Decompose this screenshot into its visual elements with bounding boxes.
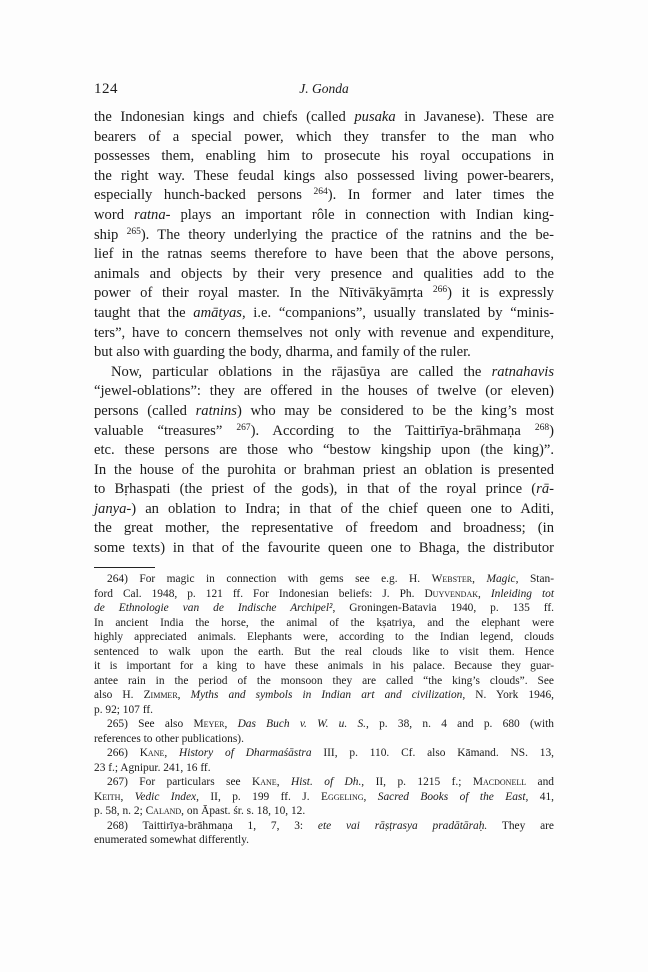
text-segment: Keith (94, 791, 120, 803)
text-line: especially hunch-backed persons 264). In… (94, 186, 554, 206)
text-segment: but also with guarding the body, dharma,… (94, 344, 471, 360)
footnote-line: 268) Taittirīya-brāhmaṇa 1, 7, 3: ete va… (94, 819, 554, 834)
text-segment: rā- (536, 481, 554, 497)
footnote-reference: 264 (314, 187, 328, 197)
text-segment: animals and objects by their very presen… (94, 266, 554, 282)
text-segment: sentenced to walk upon the earth. But th… (94, 646, 554, 658)
text-segment: possesses them, enabling him to prosecut… (94, 148, 554, 164)
text-line: animals and objects by their very presen… (94, 265, 554, 285)
footnote-line: de Ethnologie van de Indische Archipel²,… (94, 601, 554, 616)
text-segment: Zimmer (144, 689, 178, 701)
text-segment: p. 38, n. 4 and p. 680 (with (369, 718, 554, 730)
footnote-reference: 265 (127, 227, 141, 237)
text-segment: ratnahavis (492, 364, 554, 380)
text-segment: 268) Taittirīya-brāhmaṇa 1, 7, 3: (107, 820, 318, 832)
text-segment: highly appreciated animals. Elephants we… (94, 631, 554, 643)
text-segment: , on Āpast. śr. s. 18, 10, 12. (181, 805, 305, 817)
text-line: word ratna- plays an important rôle in c… (94, 206, 554, 226)
text-segment: History of Dharmaśāstra (179, 747, 311, 759)
footnote-line: 265) See also Meyer, Das Buch v. W. u. S… (94, 717, 554, 732)
text-line: some texts) in that of the favourite que… (94, 539, 554, 559)
text-segment: lief in the ratnas seems therefore to ha… (94, 246, 554, 262)
footnote-reference: 267 (236, 423, 250, 433)
text-segment: , (164, 747, 179, 759)
text-line: ters”, have to concern themselves not on… (94, 324, 554, 344)
footnote-line: it is important for a king to have these… (94, 659, 554, 674)
text-segment: ) it is expressly (447, 285, 554, 301)
footnote-line: 266) Kane, History of Dharmaśāstra III, … (94, 746, 554, 761)
text-segment: ford Cal. 1948, p. 121 ff. For Indonesia… (94, 588, 424, 600)
text-segment: In the house of the purohita or brahman … (94, 462, 554, 478)
text-segment: it is important for a king to have these… (94, 660, 554, 672)
text-segment: p. 58, n. 2; (94, 805, 146, 817)
text-segment: ratnins (196, 403, 237, 419)
text-segment: Now, particular oblations in the rājasūy… (111, 364, 492, 380)
text-segment: II, p. 199 ff. J. (199, 791, 321, 803)
footnote-line: Keith, Vedic Index, II, p. 199 ff. J. Eg… (94, 790, 554, 805)
footnote-line: p. 58, n. 2; Caland, on Āpast. śr. s. 18… (94, 804, 554, 819)
text-segment: word (94, 207, 134, 223)
footnote-line: highly appreciated animals. Elephants we… (94, 630, 554, 645)
text-segment: Kane (252, 776, 277, 788)
text-line: Now, particular oblations in the rājasūy… (94, 363, 554, 383)
text-segment: 264) For magic in connection with gems s… (107, 573, 432, 585)
text-segment: Caland (146, 805, 182, 817)
footnote-line: 264) For magic in connection with gems s… (94, 572, 554, 587)
text-segment: ship (94, 227, 127, 243)
text-segment: , (120, 791, 134, 803)
main-text: the Indonesian kings and chiefs (called … (94, 108, 554, 559)
text-segment: ete vai rāṣṭrasya pradātāraḥ. (318, 820, 487, 832)
text-segment: Hist. of Dh., (291, 776, 364, 788)
text-segment: 266) (107, 747, 140, 759)
text-segment: antee rain in the period of the monsoon … (94, 675, 554, 687)
text-segment: Stan- (518, 573, 554, 585)
footnote-separator (94, 567, 155, 568)
text-segment: Das Buch v. W. u. S., (238, 718, 369, 730)
footnote-line: also H. Zimmer, Myths and symbols in Ind… (94, 688, 554, 703)
text-segment: Inleiding tot (491, 588, 554, 600)
text-segment: Myths and symbols in Indian art and civi… (191, 689, 466, 701)
text-segment: janya- (94, 501, 131, 517)
text-line: the Indonesian kings and chiefs (called … (94, 108, 554, 128)
text-segment: de Ethnologie van de Indische Archipel² (94, 602, 332, 614)
text-segment: 265) See also (107, 718, 193, 730)
text-line: to Bṛhaspati (the priest of the gods), i… (94, 480, 554, 500)
text-segment: 267) For particulars see (107, 776, 252, 788)
text-line: janya-) an oblation to Indra; in that of… (94, 500, 554, 520)
text-segment: ters”, have to concern themselves not on… (94, 325, 554, 341)
text-segment: references to other publications). (94, 733, 244, 745)
text-segment: , (472, 573, 486, 585)
footnote-reference: 268 (535, 423, 549, 433)
running-title-author: J. Gonda (94, 81, 554, 97)
text-segment: the Indonesian kings and chiefs (called (94, 109, 354, 125)
footnotes: 264) For magic in connection with gems s… (94, 572, 554, 848)
text-segment: 23 f.; Agnipur. 241, 16 ff. (94, 762, 211, 774)
text-segment: valuable “treasures” (94, 423, 236, 439)
text-segment: Webster (432, 573, 473, 585)
text-segment: , (224, 718, 237, 730)
text-segment: especially hunch-backed persons (94, 187, 314, 203)
text-segment: the great mother, the representative of … (94, 520, 554, 536)
text-segment: ). The theory underlying the practice of… (141, 227, 554, 243)
text-segment: , (478, 588, 491, 600)
text-segment: Duyvendak (424, 588, 478, 600)
text-segment: to Bṛhaspati (the priest of the gods), i… (94, 481, 536, 497)
text-segment: Kane (140, 747, 165, 759)
text-line: persons (called ratnins) who may be cons… (94, 402, 554, 422)
text-segment: enumerated somewhat differently. (94, 834, 249, 846)
footnote-line: antee rain in the period of the monsoon … (94, 674, 554, 689)
text-segment: power of their royal master. In the Nīti… (94, 285, 433, 301)
text-line: bearers of a special power, which they t… (94, 128, 554, 148)
text-segment: pusaka (354, 109, 395, 125)
text-segment: “jewel-oblations”: they are offered in t… (94, 383, 554, 399)
text-segment: etc. these persons are those who “bestow… (94, 442, 554, 458)
text-segment: ). According to the Taittirīya-brāhmaṇa (251, 423, 535, 439)
text-segment: ) an oblation to Indra; in that of the c… (131, 501, 554, 517)
text-segment: Magic, (487, 573, 519, 585)
text-segment: and (526, 776, 554, 788)
text-line: “jewel-oblations”: they are offered in t… (94, 382, 554, 402)
text-segment: also H. (94, 689, 144, 701)
text-segment: ). In former and later times the (328, 187, 554, 203)
footnote-reference: 266 (433, 285, 447, 295)
text-segment: , (364, 791, 378, 803)
text-segment: the right way. These feudal kings also p… (94, 168, 554, 184)
text-line: lief in the ratnas seems therefore to ha… (94, 245, 554, 265)
text-segment: , Groningen-Batavia 1940, p. 135 ff. (332, 602, 554, 614)
footnote-line: In ancient India the horse, the animal o… (94, 616, 554, 631)
text-line: the right way. These feudal kings also p… (94, 167, 554, 187)
footnote-line: ford Cal. 1948, p. 121 ff. For Indonesia… (94, 587, 554, 602)
text-segment: Meyer (193, 718, 224, 730)
text-segment: Eggeling (321, 791, 364, 803)
text-line: ship 265). The theory underlying the pra… (94, 226, 554, 246)
text-segment: persons (called (94, 403, 196, 419)
footnote-line: references to other publications). (94, 732, 554, 747)
text-segment: In ancient India the horse, the animal o… (94, 617, 554, 629)
text-segment: They are (487, 820, 554, 832)
text-segment: II, p. 1215 f.; (364, 776, 473, 788)
text-segment: i.e. “companions”, usually translated by… (246, 305, 554, 321)
text-segment: ) (549, 423, 554, 439)
text-segment: plays an important rôle in connection wi… (171, 207, 555, 223)
text-segment: taught that the (94, 305, 193, 321)
footnote-line: p. 92; 107 ff. (94, 703, 554, 718)
text-segment: in Javanese). These are (396, 109, 554, 125)
text-line: etc. these persons are those who “bestow… (94, 441, 554, 461)
text-line: possesses them, enabling him to prosecut… (94, 147, 554, 167)
text-segment: some texts) in that of the favourite que… (94, 540, 554, 556)
text-segment: ) who may be considered to be the king’s… (237, 403, 554, 419)
footnote-line: sentenced to walk upon the earth. But th… (94, 645, 554, 660)
text-line: the great mother, the representative of … (94, 519, 554, 539)
text-segment: ratna- (134, 207, 170, 223)
text-segment: 41, (528, 791, 554, 803)
text-line: valuable “treasures” 267). According to … (94, 422, 554, 442)
text-segment: III, p. 110. Cf. also Kāmand. NS. 13, (312, 747, 554, 759)
text-segment: Vedic Index, (135, 791, 199, 803)
text-segment: amātyas, (193, 305, 245, 321)
text-line: power of their royal master. In the Nīti… (94, 284, 554, 304)
text-segment: , (178, 689, 191, 701)
text-segment: Macdonell (473, 776, 526, 788)
text-segment: bearers of a special power, which they t… (94, 129, 554, 145)
text-segment: Sacred Books of the East, (378, 791, 529, 803)
running-head: 124 J. Gonda (94, 81, 554, 101)
text-segment: p. 92; 107 ff. (94, 704, 153, 716)
text-line: taught that the amātyas, i.e. “companion… (94, 304, 554, 324)
text-line: but also with guarding the body, dharma,… (94, 343, 554, 363)
footnote-line: 23 f.; Agnipur. 241, 16 ff. (94, 761, 554, 776)
text-segment: , (277, 776, 291, 788)
footnote-line: 267) For particulars see Kane, Hist. of … (94, 775, 554, 790)
text-segment: N. York 1946, (465, 689, 554, 701)
footnote-line: enumerated somewhat differently. (94, 833, 554, 848)
text-line: In the house of the purohita or brahman … (94, 461, 554, 481)
